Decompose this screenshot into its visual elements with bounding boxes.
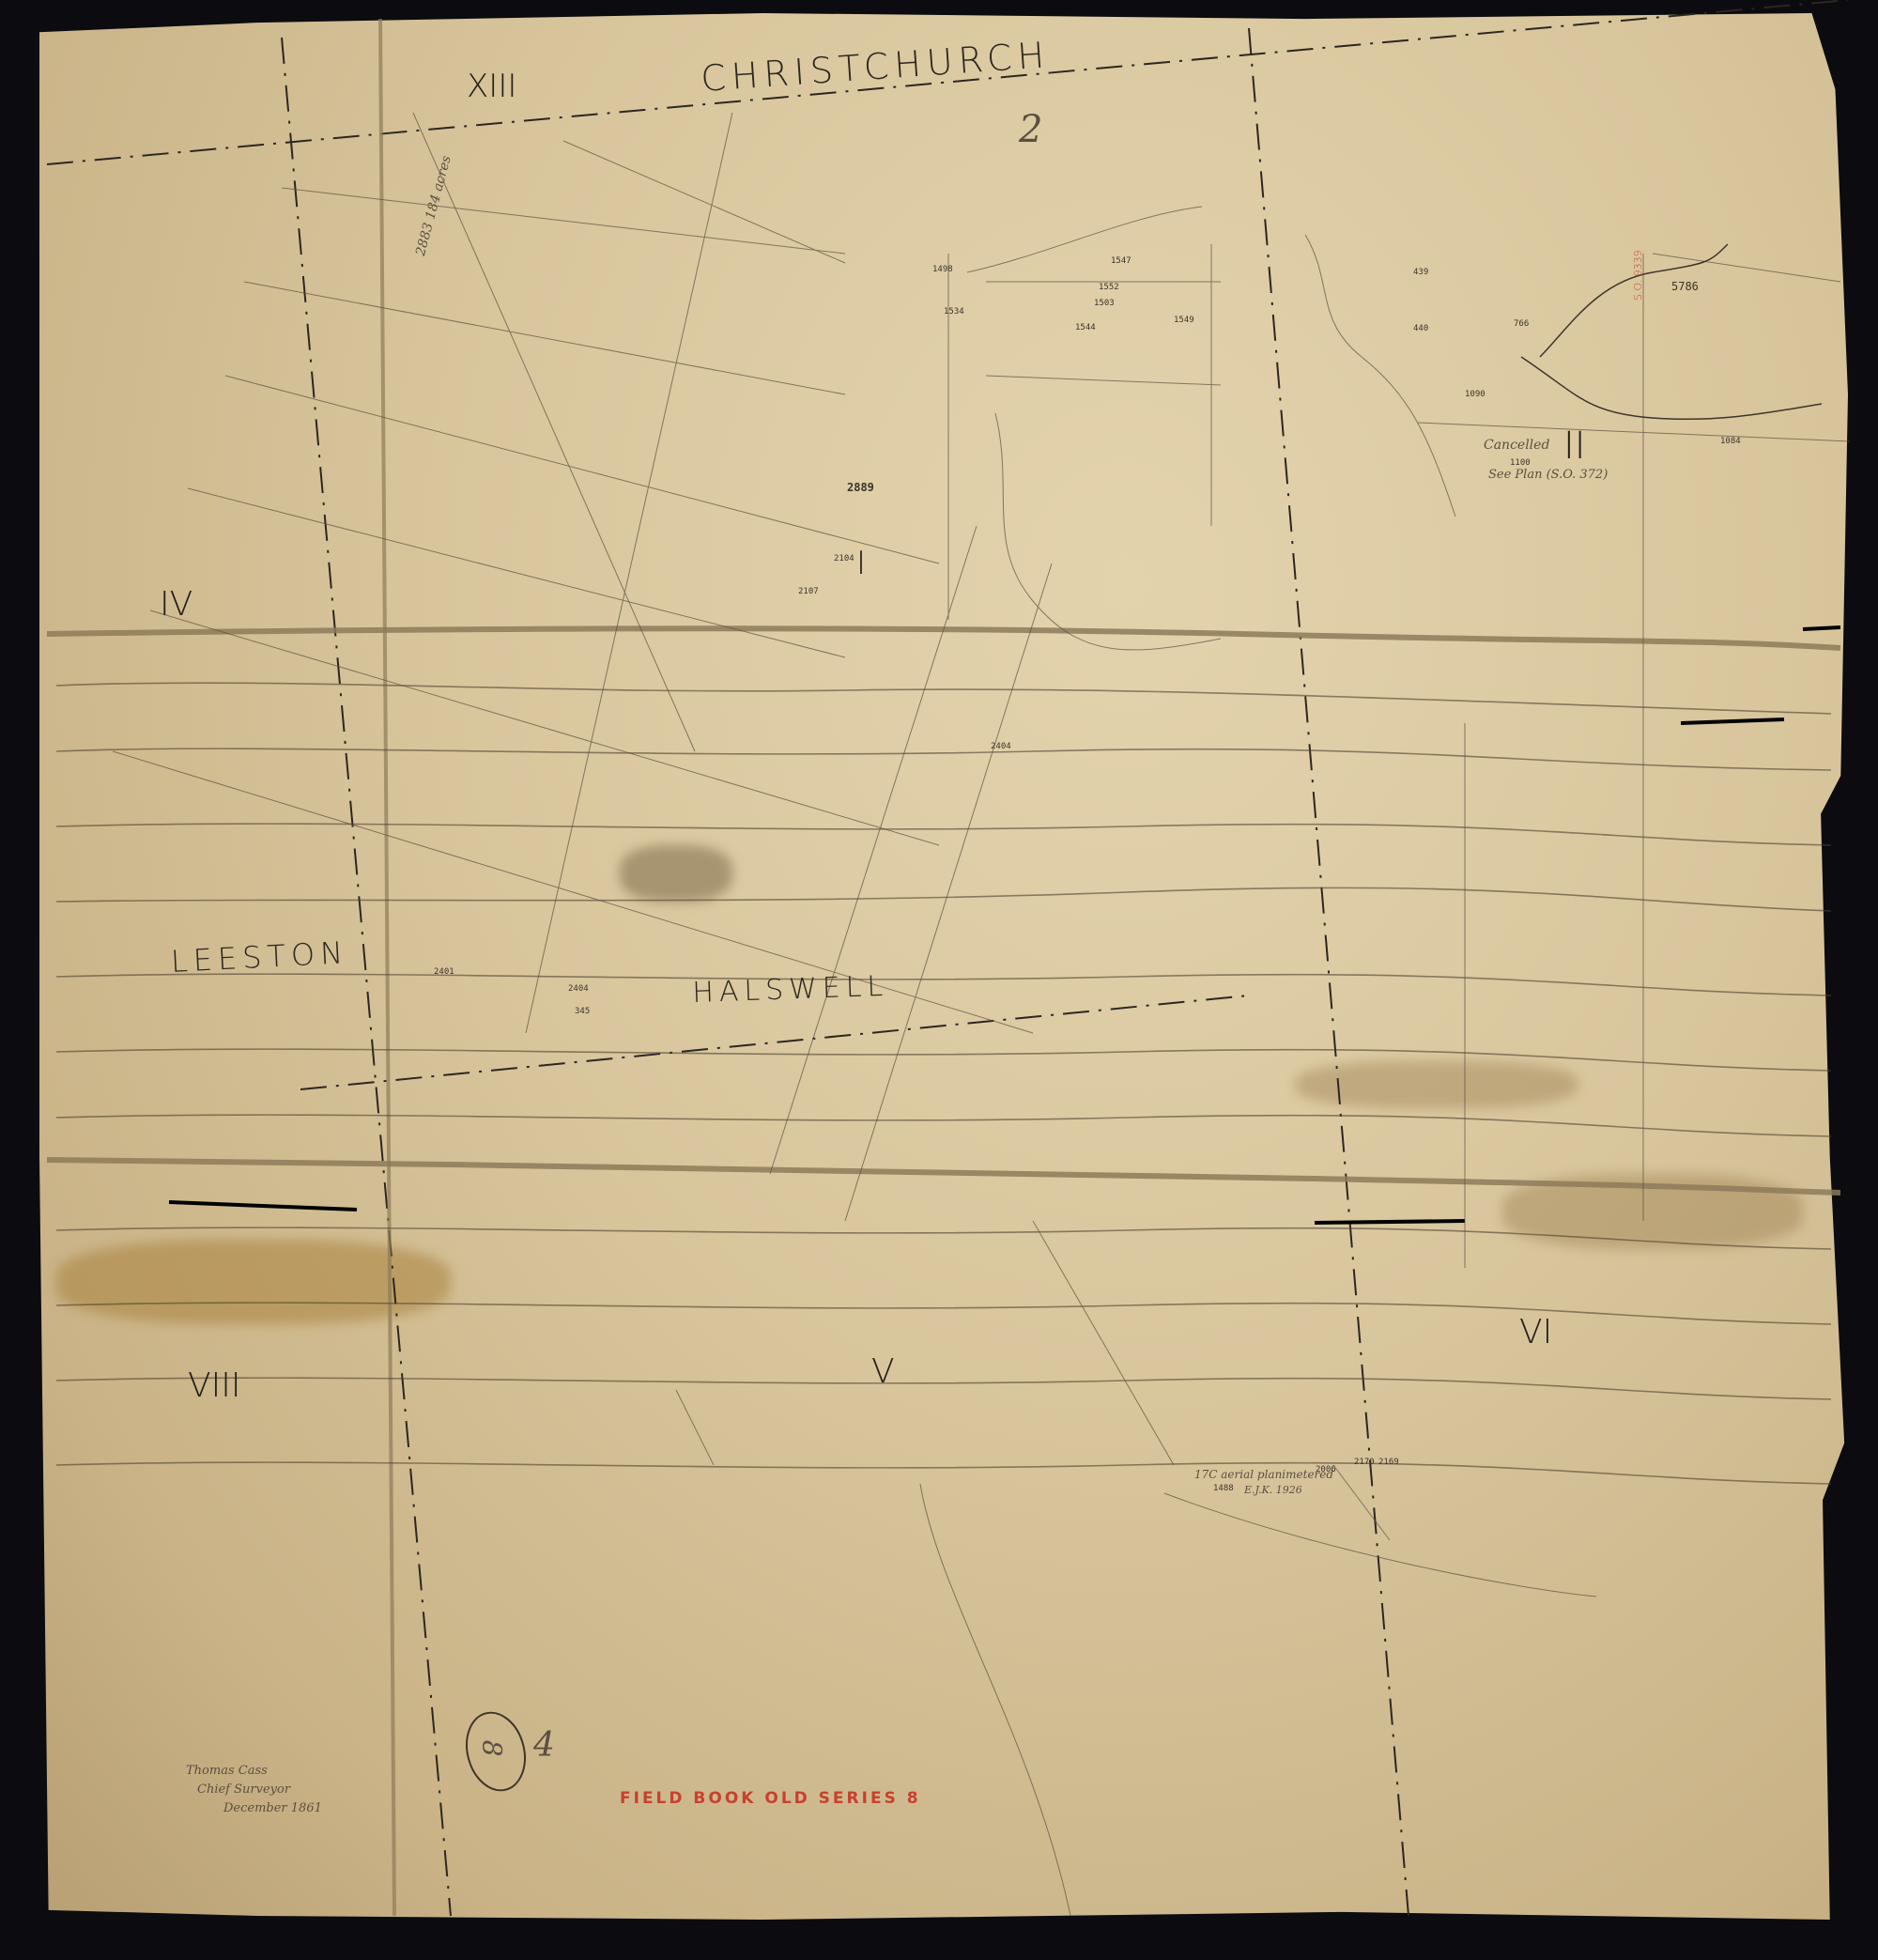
aerial-note-line1: 17C aerial planimetered bbox=[1194, 1468, 1333, 1481]
lot-number: 2107 bbox=[798, 587, 819, 596]
survey-office-ref: S.O. 9339 bbox=[1632, 250, 1644, 301]
lot-number: 1534 bbox=[944, 307, 964, 316]
numeral-ii: II bbox=[1563, 424, 1586, 468]
circled-mark: 8 bbox=[476, 1740, 507, 1757]
lot-number: 2169 bbox=[1378, 1458, 1399, 1467]
aerial-note-line2: E.J.K. 1926 bbox=[1244, 1484, 1302, 1496]
lot-number: 1498 bbox=[932, 265, 953, 274]
lot-number: 1544 bbox=[1075, 323, 1096, 332]
map-linework bbox=[0, 0, 1878, 1960]
lot-number: 1084 bbox=[1720, 437, 1741, 446]
lot-number: 2170 bbox=[1354, 1458, 1375, 1467]
district-label-halswell: HALSWELL bbox=[692, 970, 889, 1010]
numeral-viii: VIII bbox=[188, 1366, 240, 1405]
lot-number: 439 bbox=[1413, 268, 1428, 277]
corner-mark: 4 bbox=[533, 1726, 555, 1765]
lot-number: 2404 bbox=[991, 742, 1011, 751]
cancelled-annotation: Cancelled bbox=[1484, 438, 1549, 453]
lot-number: 766 bbox=[1514, 319, 1529, 329]
see-plan-annotation: See Plan (S.O. 372) bbox=[1488, 468, 1608, 482]
lot-number: 1549 bbox=[1174, 316, 1194, 325]
pencil-mark-2: 2 bbox=[1019, 108, 1042, 151]
lot-number: 2401 bbox=[434, 967, 454, 977]
red-lot-number: 2404 bbox=[568, 984, 589, 994]
lot-number: 2006 bbox=[1316, 1465, 1336, 1474]
lot-number: 5786 bbox=[1671, 280, 1699, 293]
lot-number: 1503 bbox=[1094, 299, 1115, 308]
lot-number: 1090 bbox=[1465, 390, 1485, 399]
numeral-vi: VI bbox=[1519, 1313, 1552, 1351]
lot-number: 1100 bbox=[1510, 458, 1531, 468]
lot-number: 1552 bbox=[1099, 283, 1119, 292]
numeral-i: I bbox=[856, 545, 866, 582]
lot-number: 2889 bbox=[847, 481, 874, 494]
red-lot-number: 345 bbox=[575, 1007, 590, 1016]
field-book-label: FIELD BOOK OLD SERIES 8 bbox=[620, 1789, 921, 1808]
numeral-iv: IV bbox=[160, 585, 192, 624]
signature-title: Chief Surveyor bbox=[197, 1783, 290, 1797]
lot-number: 1488 bbox=[1213, 1484, 1234, 1493]
lot-number: 440 bbox=[1413, 324, 1428, 333]
lot-number: 1547 bbox=[1111, 256, 1131, 266]
numeral-v: V bbox=[871, 1352, 895, 1391]
lot-number: 2104 bbox=[834, 554, 854, 563]
numeral-xiii: XIII bbox=[467, 68, 516, 105]
signature-name: Thomas Cass bbox=[186, 1764, 268, 1778]
signature-date: December 1861 bbox=[223, 1801, 322, 1815]
